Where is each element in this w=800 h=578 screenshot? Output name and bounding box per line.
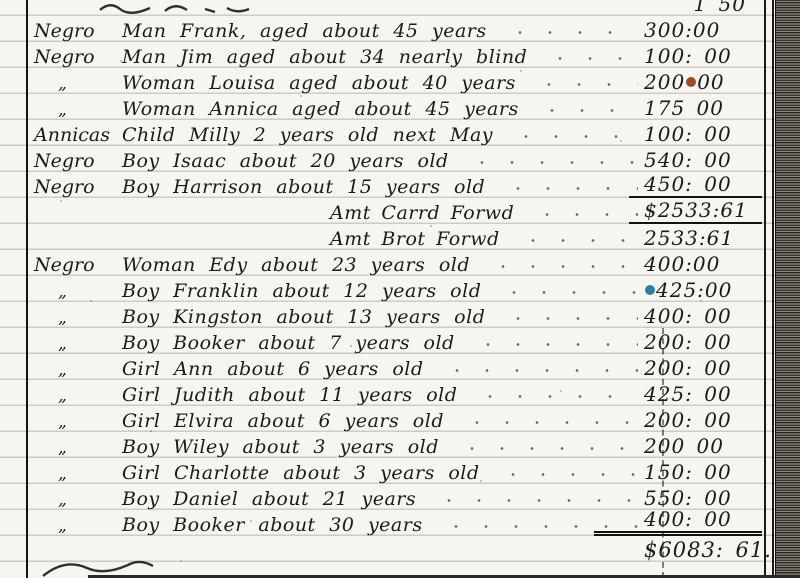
ledger-entry-row: „Boy Kingston about 13 years old400: 00: [30, 302, 762, 328]
ledger-entry-row: NegroBoy Harrison about 15 years old450:…: [30, 172, 762, 198]
ledger-rows: 1 50NegroMan Frank, aged about 45 years3…: [30, 0, 762, 562]
ledger-entry-row: NegroMan Jim aged about 34 nearly blind1…: [30, 42, 762, 68]
entry-description: Amt Carrd Forwd: [330, 202, 522, 224]
margin-word: Negro: [30, 20, 122, 42]
ledger-entry-row: AnnicasChild Milly 2 years old next May1…: [30, 120, 762, 146]
ledger-entry-row: „Boy Booker about 30 years400: 00: [30, 510, 762, 536]
entry-description: Boy Franklin about 12 years old: [122, 280, 489, 302]
margin-word: Annicas: [30, 124, 122, 146]
blue-ink-blot: [645, 285, 655, 295]
amount-value: 540: 00: [644, 148, 762, 172]
amount-value: 200 00: [644, 434, 762, 458]
entry-description: Boy Booker about 30 years: [122, 514, 431, 536]
ledger-entry-row: „Girl Ann about 6 years old200: 00: [30, 354, 762, 380]
amount-value: $6083: 61.: [644, 538, 762, 562]
margin-word: Negro: [30, 176, 122, 198]
ditto-mark: „: [30, 490, 122, 510]
dot-leader: [430, 499, 638, 502]
dot-leader: [495, 291, 638, 294]
entry-description: Man Jim aged about 34 nearly blind: [122, 46, 535, 68]
ledger-entry-row: NegroWoman Edy about 23 years old400:00: [30, 250, 762, 276]
entry-description: Girl Judith about 11 years old: [122, 384, 465, 406]
entry-description: Boy Harrison about 15 years old: [122, 176, 493, 198]
dot-leader: [501, 31, 638, 34]
ditto-mark: „: [30, 412, 122, 432]
dot-leader: [471, 395, 638, 398]
amount-value: 200: 00: [644, 356, 762, 380]
entry-description: Boy Wiley about 3 years old: [122, 436, 447, 458]
amount-value: 425:00: [644, 278, 762, 302]
amount-value: 100: 00: [644, 122, 762, 146]
dot-leader: [514, 239, 638, 242]
amount-value: 1 50: [693, 0, 762, 16]
ditto-mark: „: [30, 464, 122, 484]
dot-leader: [494, 473, 638, 476]
scanned-ledger-page: 1 50NegroMan Frank, aged about 45 years3…: [0, 0, 800, 578]
amount-value: 20000: [644, 70, 762, 94]
dot-leader: [528, 213, 638, 216]
dot-leader: [458, 421, 638, 424]
ledger-entry-row: „Woman Annica aged about 45 years175 00: [30, 94, 762, 120]
ditto-mark: „: [30, 308, 122, 328]
entry-description: Man Frank, aged about 45 years: [122, 20, 495, 42]
ditto-mark: „: [30, 516, 122, 536]
amount-value: $2533:61: [629, 196, 762, 224]
paper-noise: [0, 0, 2, 2]
ditto-mark: „: [30, 334, 122, 354]
ledger-entry-row: NegroBoy Isaac about 20 years old540: 00: [30, 146, 762, 172]
ditto-mark: „: [30, 282, 122, 302]
amount-value: 450: 00: [644, 172, 762, 198]
entry-description: Girl Charlotte about 3 years old: [122, 462, 488, 484]
entry-description: Child Milly 2 years old next May: [122, 124, 501, 146]
ledger-entry-row: „Girl Charlotte about 3 years old150: 00: [30, 458, 762, 484]
entry-description: Boy Booker about 7 years old: [122, 332, 463, 354]
left-margin-rule: [26, 0, 28, 578]
margin-word: Negro: [30, 46, 122, 68]
entry-description: Boy Isaac about 20 years old: [122, 150, 457, 172]
ledger-entry-row: NegroMan Frank, aged about 45 years300:0…: [30, 16, 762, 42]
red-ink-blot: [686, 77, 696, 87]
dot-leader: [438, 369, 638, 372]
ditto-mark: „: [30, 438, 122, 458]
entry-description: Woman Louisa aged about 40 years: [122, 72, 524, 94]
dot-leader: [484, 265, 638, 268]
ditto-mark: „: [30, 74, 122, 94]
amount-value: 400:00: [644, 252, 762, 276]
margin-word: Negro: [30, 150, 122, 172]
entry-description: Woman Edy about 23 years old: [122, 254, 478, 276]
dot-leader: [499, 187, 638, 190]
entry-description: Boy Kingston about 13 years old: [122, 306, 493, 328]
ledger-entry-row: „Woman Louisa aged about 40 years20000: [30, 68, 762, 94]
total-row: $6083: 61.: [30, 536, 762, 562]
ledger-entry-row: „Boy Franklin about 12 years old425:00: [30, 276, 762, 302]
margin-word: Negro: [30, 254, 122, 276]
carry-forward-row: Amt Carrd Forwd$2533:61: [30, 198, 762, 224]
amount-value: 100: 00: [644, 44, 762, 68]
ditto-mark: „: [30, 100, 122, 120]
entry-description: Amt Brot Forwd: [330, 228, 508, 250]
dot-leader: [533, 109, 638, 112]
ledger-entry-row: „Boy Booker about 7 years old200: 00: [30, 328, 762, 354]
ledger-entry-row: „Boy Wiley about 3 years old200 00: [30, 432, 762, 458]
amount-value: 150: 00: [644, 460, 762, 484]
ledger-entry-row: „Girl Judith about 11 years old425: 00: [30, 380, 762, 406]
dot-leader: [453, 447, 638, 450]
binding-edge: [775, 0, 800, 578]
right-double-rule: [764, 0, 774, 578]
entry-description: Girl Elvira about 6 years old: [122, 410, 452, 432]
amount-value: 400: 00: [644, 304, 762, 328]
amount-value: 400: 00: [594, 507, 762, 536]
entry-description: Girl Ann about 6 years old: [122, 358, 432, 380]
entry-description: Woman Annica aged about 45 years: [122, 98, 527, 120]
dot-leader: [499, 317, 638, 320]
dot-leader: [541, 57, 638, 60]
entry-description: Boy Daniel about 21 years: [122, 488, 424, 510]
amount-value: 200: 00: [644, 408, 762, 432]
amount-value: 425: 00: [644, 382, 762, 406]
dot-leader: [469, 343, 638, 346]
partial-top-row: 1 50: [30, 0, 762, 16]
ditto-mark: „: [30, 360, 122, 380]
dot-leader: [530, 83, 638, 86]
dot-leader: [507, 135, 638, 138]
ditto-mark: „: [30, 386, 122, 406]
amount-value: 2533:61: [644, 226, 762, 250]
dot-leader: [463, 161, 638, 164]
amount-value: 300:00: [644, 18, 762, 42]
carry-forward-row: Amt Brot Forwd2533:61: [30, 224, 762, 250]
ledger-entry-row: „Girl Elvira about 6 years old200: 00: [30, 406, 762, 432]
amount-value: 200: 00: [644, 330, 762, 354]
amount-value: 175 00: [644, 96, 762, 120]
